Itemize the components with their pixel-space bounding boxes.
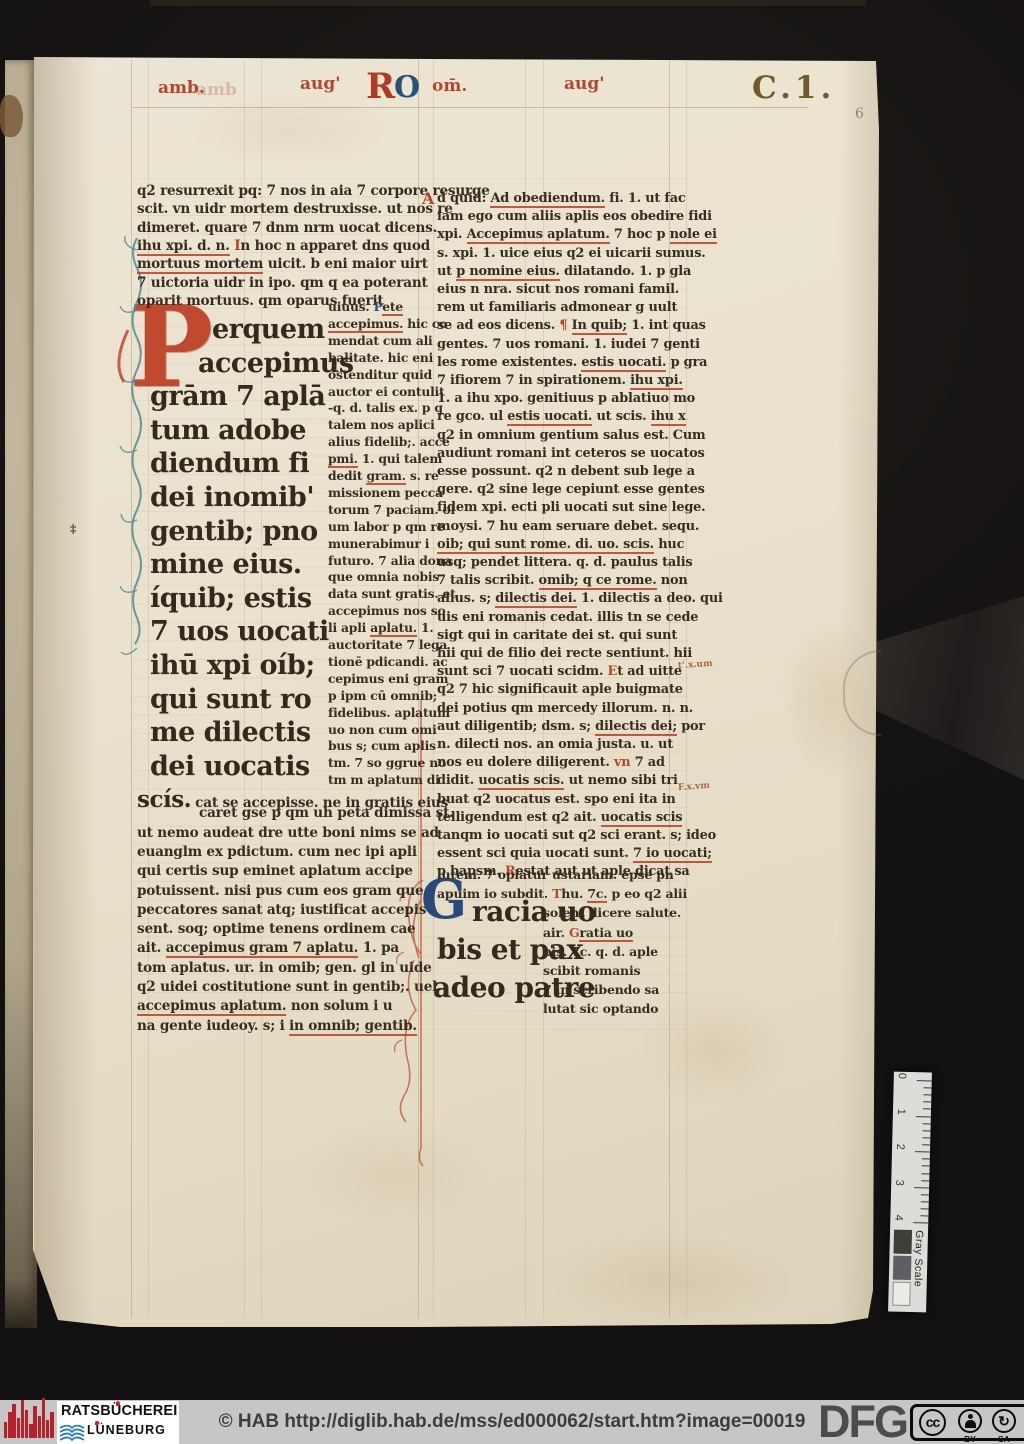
manuscript-line: gentes. 7 uos romani. 1. iudei 7 genti [437,337,700,352]
manuscript-line: li apli aplatu. 1. [328,620,433,635]
grayscale-ruler-card: Gray Scale 01234 [888,1072,932,1313]
manuscript-line: iam ego cum aliis aplis eos obedire fidi [437,209,712,224]
running-title-aug-right: aug' [564,74,604,94]
ruler-tick [923,1109,931,1110]
manuscript-line: sigt qui in caritate dei st. qui sunt [437,628,677,643]
manuscript-line: tm. 7 so ggrue no [328,755,446,770]
manuscript-line: dimeret. quare 7 dnm nrm uocat dicens. [137,220,437,236]
ruler-tick [922,1144,930,1145]
underlying-leaf-edges [5,60,37,1328]
manuscript-line: s. xpi. 1. uice eius q2 ei uicarii sumus… [437,246,706,261]
gray-swatch-white [892,1282,911,1306]
manuscript-line: caret gse p qm uh peta dimissa st. [199,805,454,821]
manuscript-line: apuim io subdit. Thu. 7c. p eo q2 alii [437,886,687,901]
ruler-tick [922,1159,930,1160]
parchment-stain [300,1120,490,1230]
chapter-mark: C.1. [752,70,835,106]
manuscript-line: diendum fi [150,448,309,479]
manuscript-line: qui sunt ro [150,684,311,715]
manuscript-line: ait. accepimus gram 7 aplatu. 1. pa [137,940,399,956]
ruler-number: 4 [892,1215,904,1229]
manuscript-line: bis. 7c. q. d. aple [543,944,658,959]
manuscript-line: se ad eos dicens. ¶ In quib; 1. int quas [437,318,706,333]
ruler-tick [915,1151,930,1152]
manuscript-line: buat q2 uocatus est. spo eni ita in [437,792,676,807]
manuscript-line: auctor ei contulit [328,384,445,399]
manuscript-line: uis eni romanis cedat. illis tn se cede [437,610,698,625]
ruler-tick [921,1180,929,1181]
parchment-stain [540,1230,800,1330]
manuscript-line: ut p nomine eius. dilatando. 1. p gla [437,264,691,279]
manuscript-line: missionem pecca [328,485,443,500]
manuscript-line: didit. uocatis scis. ut nemo sibi tri [437,773,678,788]
manuscript-line: dei inomib' [150,482,314,513]
right-column-text: d quid: Ad obediendum. fi. 1. ut faciam … [437,191,677,891]
manuscript-line: peccatores sanat atq; iustificat accepis [137,902,426,918]
manuscript-line: dei potius qm mercedy illorum. n. n. [437,701,693,716]
ruler-tick [920,1216,928,1217]
manuscript-line: lutem. 7 oplatur ustariam. epse pn [437,867,674,882]
manuscript-line: tionē pdicandi. ac [328,654,448,669]
running-title-aug-left: aug' [300,74,340,94]
manuscript-line: mine eius. [150,549,302,580]
gray-swatch-dark [893,1230,912,1254]
manuscript-line: grām 7 aplā [150,381,325,412]
left-column-lower-text: scís.cat se accepisse. ne in gratiis eiu… [137,786,442,1036]
manuscript-line: potuissent. nisi pus cum eos gram que [137,883,423,899]
running-title-ghost: amb [196,80,237,100]
manuscript-line: tum adobe [150,415,306,446]
header-ruling-line [133,107,809,108]
manuscript-line: 1. a ihu xpo. genitiuus p ablatiuo mo [437,391,695,406]
attribution-person-icon [958,1409,982,1433]
manuscript-line: sunt sci 7 uocati scidm. Et ad uitte [437,664,682,679]
gutter-shadow [34,57,96,1325]
manuscript-line: futuro. 7 alia dona [328,553,452,568]
manuscript-line: tom aplatus. ur. in omib; gen. gl in uid… [137,960,432,976]
damaged-leaf-fragment [0,95,23,137]
manuscript-line: auctoritate 7 lega [328,637,447,652]
manuscript-line: uo non cum omi [328,722,437,737]
page-holding-strap [854,590,1024,786]
ruler-tick [922,1137,930,1138]
ruler-number: 3 [893,1179,905,1193]
manuscript-line: alius fidelib;. acce [328,434,450,449]
manuscript-line: bus s; cum aplis [328,738,436,753]
manuscript-line: uiuus. Pete [328,299,403,314]
gratia-gloss-text: lutem. 7 oplatur ustariam. epse pnapuim … [543,867,678,1027]
manuscript-line: gere. q2 sine lege cepiunt esse gentes [437,482,705,497]
manuscript-line: íquib; estis [150,583,312,614]
book-title-ro-r: R [366,66,395,107]
cc-icon: cc [919,1409,946,1436]
ruling-line [131,60,132,1318]
manuscript-line: aut diligentib; dsm. s; dilectis dei; po… [437,719,705,734]
ruler-tick [924,1087,932,1088]
manuscript-line: d quid: Ad obediendum. fi. 1. ut fac [437,191,686,206]
running-title-om: om̄. [432,76,467,96]
ruler-tick [917,1080,932,1081]
ruler-tick [923,1102,931,1103]
manuscript-line: 7 talis scribit. omib; q ce rome. non [437,573,688,588]
manuscript-line: ihu xpi. d. n. In hoc n apparet dns quod [137,238,430,254]
manuscript-line: 7 uos uocati [150,616,329,647]
manuscript-line: accepimus nos so [328,603,445,618]
manuscript-line: esse possunt. q2 n debent sub lege a [437,464,695,479]
manuscript-line: q2 uidei costitutione sunt in gentib;. u… [137,979,437,995]
manuscript-line: q2 7 hic significauit aple buigmate [437,682,683,697]
lemma-word-scis: scís. [137,786,191,813]
manuscript-line: telligendum est q2 ait. uocatis scis [437,810,682,825]
manuscript-line: mendat cum ali [328,333,433,348]
manuscript-line: q2 in omnium gentium salus est. Cum [437,428,705,443]
manuscript-line: xpi. Accepimus aplatum. 7 hoc p nole ei [437,227,717,242]
share-alike-arrow-icon: ↻ [992,1409,1016,1433]
gray-scale-label: Gray Scale [911,1230,925,1308]
manuscript-line: oib; qui sunt rome. di. uo. scis. huc [437,537,684,552]
left-column-intro: q2 resurrexit pq: 7 nos in aia 7 corpore… [137,183,437,313]
manuscript-line: euanglm ex pdictum. cum nec ipi apli [137,844,417,860]
manuscript-line: me dilectis [150,717,311,748]
manuscript-line: re gco. ul estis uocati. ut scis. ihu x [437,409,686,424]
manuscript-line: ut nemo audeat dre utte boni nims se ad [137,825,439,841]
person-body [965,1420,976,1428]
manuscript-line: tm m aplatum di [328,772,440,787]
manuscript-line: accepimus aplatum. non solum i u [137,998,392,1014]
manuscript-line: erquem [212,314,325,345]
folio-number: 6 [855,106,864,122]
manuscript-line: p ipm cū omnib; [328,688,437,703]
manuscript-page: amb. amb aug' R O om̄. aug' C.1. 6 P A G… [0,0,1024,1444]
manuscript-line: ostenditur quid [328,367,432,382]
manuscript-line: balitate. hic eni [328,350,433,365]
manuscript-line: eius n nra. sicut nos romani famil. [437,282,679,297]
ruler-tick [923,1095,931,1096]
ruler-number: 0 [896,1073,908,1087]
manuscript-line: -q. d. talis ex. p q [328,400,443,415]
manuscript-line: rem ut familiaris admonear g uult [437,300,677,315]
marginal-note: t'.x.um [678,659,713,671]
manuscript-line: hii qui de filio dei recte sentiunt. hii [437,646,692,661]
ruler-number: 2 [894,1144,906,1158]
manuscript-line: na gente iudeoy. s; i in omnib; gentib. [137,1018,417,1034]
ruler-tick [913,1222,928,1223]
page-edge-shadow [838,57,879,1325]
manuscript-line: sent. soq; optime tenens ordinem cae [137,921,416,937]
manuscript-line: les rome existentes. estis uocati. p gra [437,355,707,370]
ruler-tick [921,1208,929,1209]
manuscript-line: um labor p qm re [328,519,444,534]
manuscript-line: 7 in scribendo sa [543,982,659,997]
dfg-logo: DFG [818,1396,907,1444]
manuscript-line: essent sci quia uocati sunt. 7 io uocati… [437,846,712,861]
book-top-edge [150,0,866,6]
ruler-tick [922,1130,930,1131]
manuscript-line: air. Gratia uo [543,925,633,940]
person-head [968,1414,973,1419]
manuscript-line: scit. vn uidr mortem destruxisse. ut nos… [137,201,453,217]
manuscript-line: ihū xpi oíb; [150,650,315,681]
manuscript-line: torum 7 paciam. ol [328,502,455,517]
manuscript-line: talem nos aplici [328,417,435,432]
manuscript-line: lutat sic optando [543,1001,658,1016]
manuscript-line: qui certis sup eminet aplatum accipe [137,863,413,879]
manuscript-line: fidelibus. aplatum [328,705,450,720]
manuscript-line: scibit romanis [543,963,640,978]
footer-credit-bar: RATSBÜCHEREI LÜNEBURG © HAB http://digli… [0,1400,1024,1444]
manuscript-line: dei uocatis [150,751,310,782]
book-title-ro-o: O [394,70,420,105]
manuscript-line: 7 uictoria uidr in ipo. qm q ea poterant [137,275,428,291]
manuscript-line: audiunt romani int ceteros se uocatos [437,446,705,461]
manuscript-line: usq; pendet littera. q. d. paulus talis [437,555,692,570]
ruler-tick [916,1116,931,1117]
manuscript-line: cepimus eni gram [328,671,448,686]
manuscript-line: dedit gram. s. re [328,468,439,483]
manuscript-line: nos eu dolere diligerent. vn 7 ad [437,755,665,770]
manuscript-line: solent dicere salute. [543,905,681,920]
ruler-tick [921,1173,929,1174]
manuscript-line: fidem xpi. ecti pli uocati sut sine lege… [437,500,705,515]
manuscript-line: tanqm io uocati sut q2 sci erant. s; ide… [437,828,716,843]
manuscript-line: pmi. 1. qui talem [328,451,442,466]
ruler-tick [921,1201,929,1202]
manuscript-line: accepimus. hic co [328,316,447,331]
ruler-tick [921,1194,929,1195]
gray-swatch-mid [893,1256,912,1280]
manuscript-line: moysi. 7 hu eam seruare debet. sequ. [437,519,699,534]
ruler-number: 1 [895,1108,907,1122]
sa-label: SA [992,1434,1016,1444]
manuscript-line: que omnia nobis [328,569,439,584]
ruler-tick [923,1123,931,1124]
ruler-tick [914,1187,929,1188]
manuscript-line: n. dilecti nos. an omia justa. u. ut [437,737,673,752]
manuscript-line: mortuus mortem uicit. b eni maior uirt [137,256,428,272]
marginal-note: F.x.vm [678,781,710,793]
manuscript-line: alius. s; dilectis dei. 1. dilectis a de… [437,591,723,606]
marginal-mark: ‡ [70,522,76,536]
by-label: BY [958,1434,982,1444]
ruler-tick [922,1166,930,1167]
manuscript-line: 7 ifiorem 7 in spirationem. ihu xpi. [437,373,683,388]
digitized-manuscript-photo: amb. amb aug' R O om̄. aug' C.1. 6 P A G… [0,0,1024,1444]
cc-by-sa-badge: cc ↻ BY SA [910,1404,1024,1441]
manuscript-line: gentib; pno [150,516,318,547]
manuscript-line: munerabimur i [328,536,429,551]
left-column-gloss: uiuus. Peteaccepimus. hic comendat cum a… [328,299,438,799]
